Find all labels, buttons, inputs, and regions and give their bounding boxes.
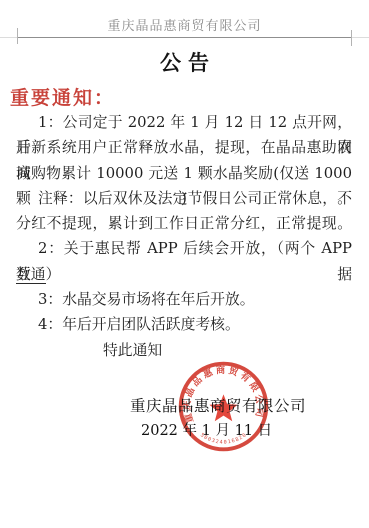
document-body: 1：公司定于 2022 年 1 月 12 日 12 点开网，开网后新系统用户正常… [16,110,352,363]
signature-date: 2022 年 1 月 11 日 [141,419,272,440]
margin-crop-mark-left [17,28,18,44]
signature-company: 重庆晶品惠商贸有限公司 [130,394,306,416]
margin-crop-mark-right [351,30,352,46]
body-line: 后新系统用户正常释放水晶，提现，在晶品惠助农商 [16,135,352,160]
underlined-text: 互通 [16,266,46,284]
body-line: 注释：以后双休及法定节假日公司正常休息，不 [16,186,352,211]
document-title: 公告 [0,47,369,77]
announcement-document: 重庆晶品惠商贸有限公司 公告 重要通知： 1：公司定于 2022 年 1 月 1… [0,0,369,528]
body-line: 1：公司定于 2022 年 1 月 12 日 12 点开网，开网 [16,110,352,135]
body-line: 分红不提现，累计到工作日正常分红，正常提现。 [16,211,352,236]
body-line: 2：关于惠民帮 APP 后续会开放，（两个 APP 数据 [16,236,352,261]
body-line: 4：年后开启团队活跃度考核。 [16,312,352,337]
body-line: 3：水晶交易市场将在年后开放。 [16,287,352,312]
body-line: 城购物累计 10000 元送 1 颗水晶奖励(仅送 1000 颗)。 [16,161,352,186]
important-notice-label: 重要通知： [10,83,115,110]
page-header-company: 重庆晶品惠商贸有限公司 [0,15,369,34]
header-rule [17,37,351,38]
